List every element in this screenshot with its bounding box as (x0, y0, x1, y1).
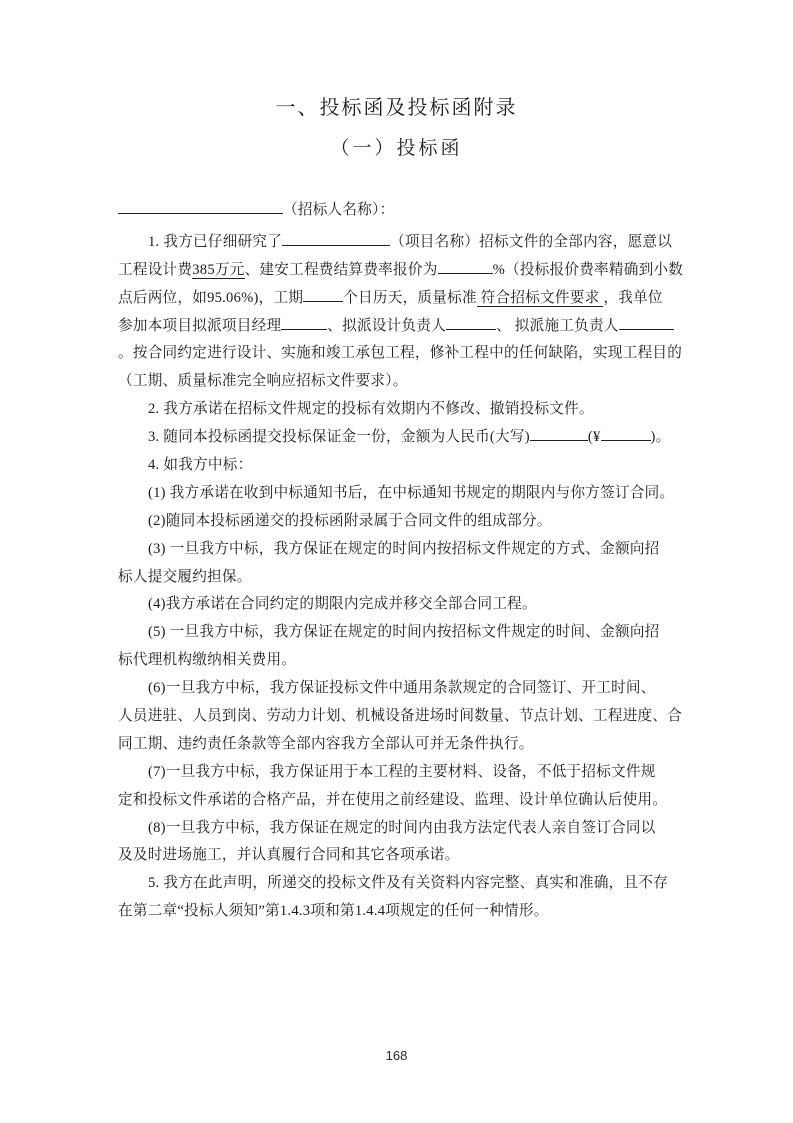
text-line: （工期、质量标准完全响应招标文件要求）。 (118, 368, 678, 396)
text-segment: 1. 我方已仔细研究了 (148, 234, 282, 250)
fill-in-blank (281, 314, 327, 330)
fill-in-blank (438, 258, 493, 274)
fill-in-blank (530, 425, 588, 441)
fill-in-blank (118, 198, 283, 214)
underlined-text: 385万元 (192, 262, 244, 279)
text-line: 1. 我方已仔细研究了（项目名称）招标文件的全部内容，愿意以 (118, 229, 678, 257)
text-segment: (2)随同本投标函递交的投标函附录属于合同文件的组成部分。 (148, 513, 552, 529)
text-line: 及及时进场施工，并认真履行合同和其它各项承诺。 (118, 842, 678, 870)
text-segment: 工程设计费 (118, 262, 192, 278)
page-number: 168 (0, 1048, 793, 1063)
text-segment: 标人提交履约担保。 (118, 569, 252, 585)
text-segment: (4)我方承诺在合同约定的期限内完成并移交全部合同工程。 (148, 596, 537, 612)
text-segment: 、拟派设计负责人 (327, 318, 446, 334)
text-line: (3) 一旦我方中标，我方保证在规定的时间内按招标文件规定的方式、金额向招 (118, 536, 678, 564)
text-line: （招标人名称）： (118, 197, 678, 225)
text-segment: %（投标报价费率精确到小数 (493, 262, 684, 278)
text-segment: （项目名称）招标文件的全部内容，愿意以 (390, 234, 672, 250)
fill-in-blank (446, 314, 496, 330)
text-line: (2)随同本投标函递交的投标函附录属于合同文件的组成部分。 (118, 508, 678, 536)
text-line: 5. 我方在此声明，所递交的投标文件及有关资料内容完整、真实和准确，且不存 (118, 870, 678, 898)
text-segment: 5. 我方在此声明，所递交的投标文件及有关资料内容完整、真实和准确，且不存 (148, 875, 668, 891)
text-line: (7)一旦我方中标，我方保证用于本工程的主要材料、设备，不低于招标文件规 (118, 759, 678, 787)
text-line: 点后两位，如95.06%)，工期个日历天，质量标准 符合招标文件要求 ，我单位 (118, 285, 678, 313)
text-segment: 4. 如我方中标： (148, 457, 252, 473)
text-line: 在第二章“投标人须知”第1.4.3项和第1.4.4项规定的任何一种情形。 (118, 898, 678, 926)
text-segment: 标代理机构缴纳相关费用。 (118, 652, 296, 668)
text-segment: (5) 一旦我方中标，我方保证在规定的时间内按招标文件规定的时间、金额向招 (148, 624, 660, 640)
text-segment: 个日历天，质量标准 (343, 290, 477, 306)
text-line: (6)一旦我方中标，我方保证投标文件中通用条款规定的合同签订、开工时间、 (118, 675, 678, 703)
text-segment: (6)一旦我方中标，我方保证投标文件中通用条款规定的合同签订、开工时间、 (148, 680, 656, 696)
fill-in-blank (303, 286, 343, 302)
text-line: (5) 一旦我方中标，我方保证在规定的时间内按招标文件规定的时间、金额向招 (118, 619, 678, 647)
text-line: (4)我方承诺在合同约定的期限内完成并移交全部合同工程。 (118, 591, 678, 619)
fill-in-blank (601, 425, 651, 441)
text-segment: （招标人名称）： (283, 202, 394, 218)
text-segment: (1) 我方承诺在收到中标通知书后，在中标通知书规定的期限内与你方签订合同。 (148, 485, 674, 501)
text-segment: 定和投标文件承诺的合格产品，并在使用之前经建设、监理、设计单位确认后使用。 (118, 792, 667, 808)
text-segment: 参加本项目拟派项目经理 (118, 318, 281, 334)
text-line: 2. 我方承诺在招标文件规定的投标有效期内不修改、撤销投标文件。 (118, 396, 678, 424)
text-segment: 3. 随同本投标函提交投标保证金一份，金额为人民币(大写) (148, 429, 530, 445)
text-segment: 、 拟派施工负责人 (496, 318, 619, 334)
text-segment: (8)一旦我方中标，我方保证在规定的时间内由我方法定代表人亲自签订合同以 (148, 820, 656, 836)
underlined-text: 符合招标文件要求 (477, 290, 604, 307)
text-segment: ，我单位 (603, 290, 662, 306)
text-segment: 点后两位，如95.06%)，工期 (118, 290, 303, 306)
text-line: 人员进驻、人员到岗、劳动力计划、机械设备进场时间数量、节点计划、工程进度、合 (118, 703, 678, 731)
text-line: 。按合同约定进行设计、实施和竣工承包工程，修补工程中的任何缺陷，实现工程目的 (118, 340, 678, 368)
text-segment: 人员进驻、人员到岗、劳动力计划、机械设备进场时间数量、节点计划、工程进度、合 (118, 708, 682, 724)
text-line: 3. 随同本投标函提交投标保证金一份，金额为人民币(大写)(¥)。 (118, 424, 678, 452)
document-body: （招标人名称）：1. 我方已仔细研究了（项目名称）招标文件的全部内容，愿意以工程… (118, 197, 678, 926)
document-page: 一、投标函及投标函附录 （一）投标函 （招标人名称）：1. 我方已仔细研究了（项… (0, 0, 793, 1123)
fill-in-blank (619, 314, 674, 330)
text-line: 4. 如我方中标： (118, 452, 678, 480)
text-line: 同工期、违约责任条款等全部内容我方全部认可并无条件执行。 (118, 731, 678, 759)
text-segment: (¥ (588, 429, 601, 445)
text-line: 标人提交履约担保。 (118, 564, 678, 592)
text-segment: (7)一旦我方中标，我方保证用于本工程的主要材料、设备，不低于招标文件规 (148, 764, 656, 780)
text-segment: 在第二章“投标人须知”第1.4.3项和第1.4.4项规定的任何一种情形。 (118, 903, 549, 919)
fill-in-blank (282, 230, 390, 246)
text-line: 参加本项目拟派项目经理、拟派设计负责人、 拟派施工负责人 (118, 313, 678, 341)
text-segment: 同工期、违约责任条款等全部内容我方全部认可并无条件执行。 (118, 736, 534, 752)
text-line: 标代理机构缴纳相关费用。 (118, 647, 678, 675)
text-segment: 。按合同约定进行设计、实施和竣工承包工程，修补工程中的任何缺陷，实现工程目的 (118, 345, 682, 361)
text-line: 工程设计费385万元、建安工程费结算费率报价为%（投标报价费率精确到小数 (118, 257, 678, 285)
text-segment: 、建安工程费结算费率报价为 (245, 262, 438, 278)
text-line: (1) 我方承诺在收到中标通知书后，在中标通知书规定的期限内与你方签订合同。 (118, 480, 678, 508)
text-line: (8)一旦我方中标，我方保证在规定的时间内由我方法定代表人亲自签订合同以 (118, 815, 678, 843)
page-title: 一、投标函及投标函附录 (0, 0, 793, 120)
page-subtitle: （一）投标函 (0, 137, 793, 161)
text-segment: 2. 我方承诺在招标文件规定的投标有效期内不修改、撤销投标文件。 (148, 401, 594, 417)
text-segment: (3) 一旦我方中标，我方保证在规定的时间内按招标文件规定的方式、金额向招 (148, 541, 660, 557)
text-segment: （工期、质量标准完全响应招标文件要求）。 (118, 373, 408, 389)
text-segment: 及及时进场施工，并认真履行合同和其它各项承诺。 (118, 847, 459, 863)
text-line: 定和投标文件承诺的合格产品，并在使用之前经建设、监理、设计单位确认后使用。 (118, 787, 678, 815)
text-segment: )。 (651, 429, 671, 445)
